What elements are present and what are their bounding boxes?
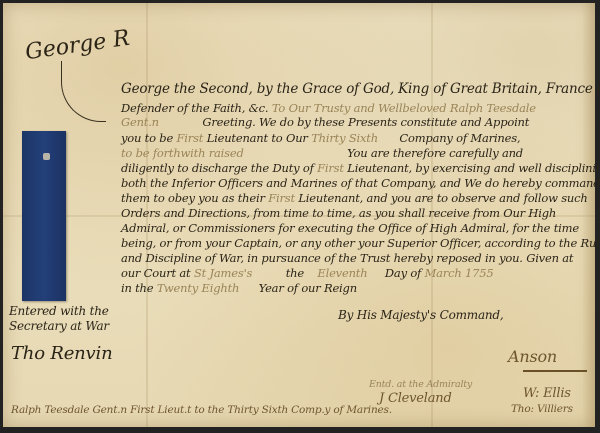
- parchment: George R George the Second, by the Grace…: [3, 3, 595, 427]
- secretary-signature: Tho Renvin: [11, 343, 112, 364]
- paper-edge: [583, 3, 595, 427]
- body-line: to be forthwith raised You are therefore…: [121, 146, 523, 160]
- body-line: Orders and Directions, from time to time…: [121, 206, 556, 220]
- signature-villiers: Tho: Villiers: [511, 403, 573, 415]
- body-line: you to be First Lieutenant to Our Thirty…: [121, 131, 520, 145]
- body-line: Gent.n Greeting. We do by these Presents…: [121, 115, 529, 129]
- heading-line: George the Second, by the Grace of God, …: [121, 81, 600, 97]
- body-line: being, or from your Captain, or any othe…: [121, 236, 600, 250]
- body-line: diligently to discharge the Duty of Firs…: [121, 161, 600, 175]
- body-line: and Discipline of War, in pursuance of t…: [121, 251, 573, 265]
- body-line: both the Inferior Officers and Marines o…: [121, 176, 600, 190]
- command-line: By His Majesty's Command,: [338, 308, 504, 322]
- image-frame: George R George the Second, by the Grace…: [0, 0, 600, 433]
- body-line: in the Twenty Eighth Year of our Reign: [121, 281, 357, 295]
- royal-signature: George R: [24, 26, 131, 65]
- body-line: them to obey you as their First Lieutena…: [121, 191, 588, 205]
- signature-underline: [523, 370, 587, 372]
- body-line: Admiral, or Commissioners for executing …: [121, 221, 579, 235]
- docket-line: Ralph Teesdale Gent.n First Lieut.t to t…: [11, 404, 392, 416]
- admiralty-note: Entd. at the Admiralty: [369, 379, 472, 390]
- signature-anson: Anson: [508, 347, 557, 366]
- entered-note: Entered with the Secretary at War: [9, 304, 109, 334]
- body-line: our Court at St James's the Eleventh Day…: [121, 266, 493, 280]
- signature-ellis: W: Ellis: [523, 386, 571, 401]
- body-line: Defender of the Faith, &c. To Our Trusty…: [121, 101, 536, 115]
- signature-flourish: [61, 61, 106, 122]
- wax-seal-icon: [43, 153, 50, 160]
